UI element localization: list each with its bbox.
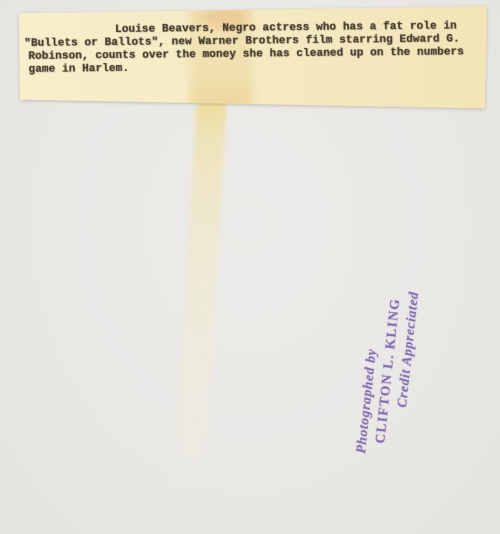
caption-slip: Louise Beavers, Negro actress who has a … bbox=[18, 5, 487, 109]
photographer-credit-stamp: Photographed by CLIFTON L. KLING Credit … bbox=[352, 260, 428, 461]
typed-caption: Louise Beavers, Negro actress who has a … bbox=[18, 20, 488, 77]
photo-back: Louise Beavers, Negro actress who has a … bbox=[0, 0, 500, 534]
water-stain-streak bbox=[173, 95, 227, 494]
caption-slip-paper: Louise Beavers, Negro actress who has a … bbox=[18, 5, 487, 109]
